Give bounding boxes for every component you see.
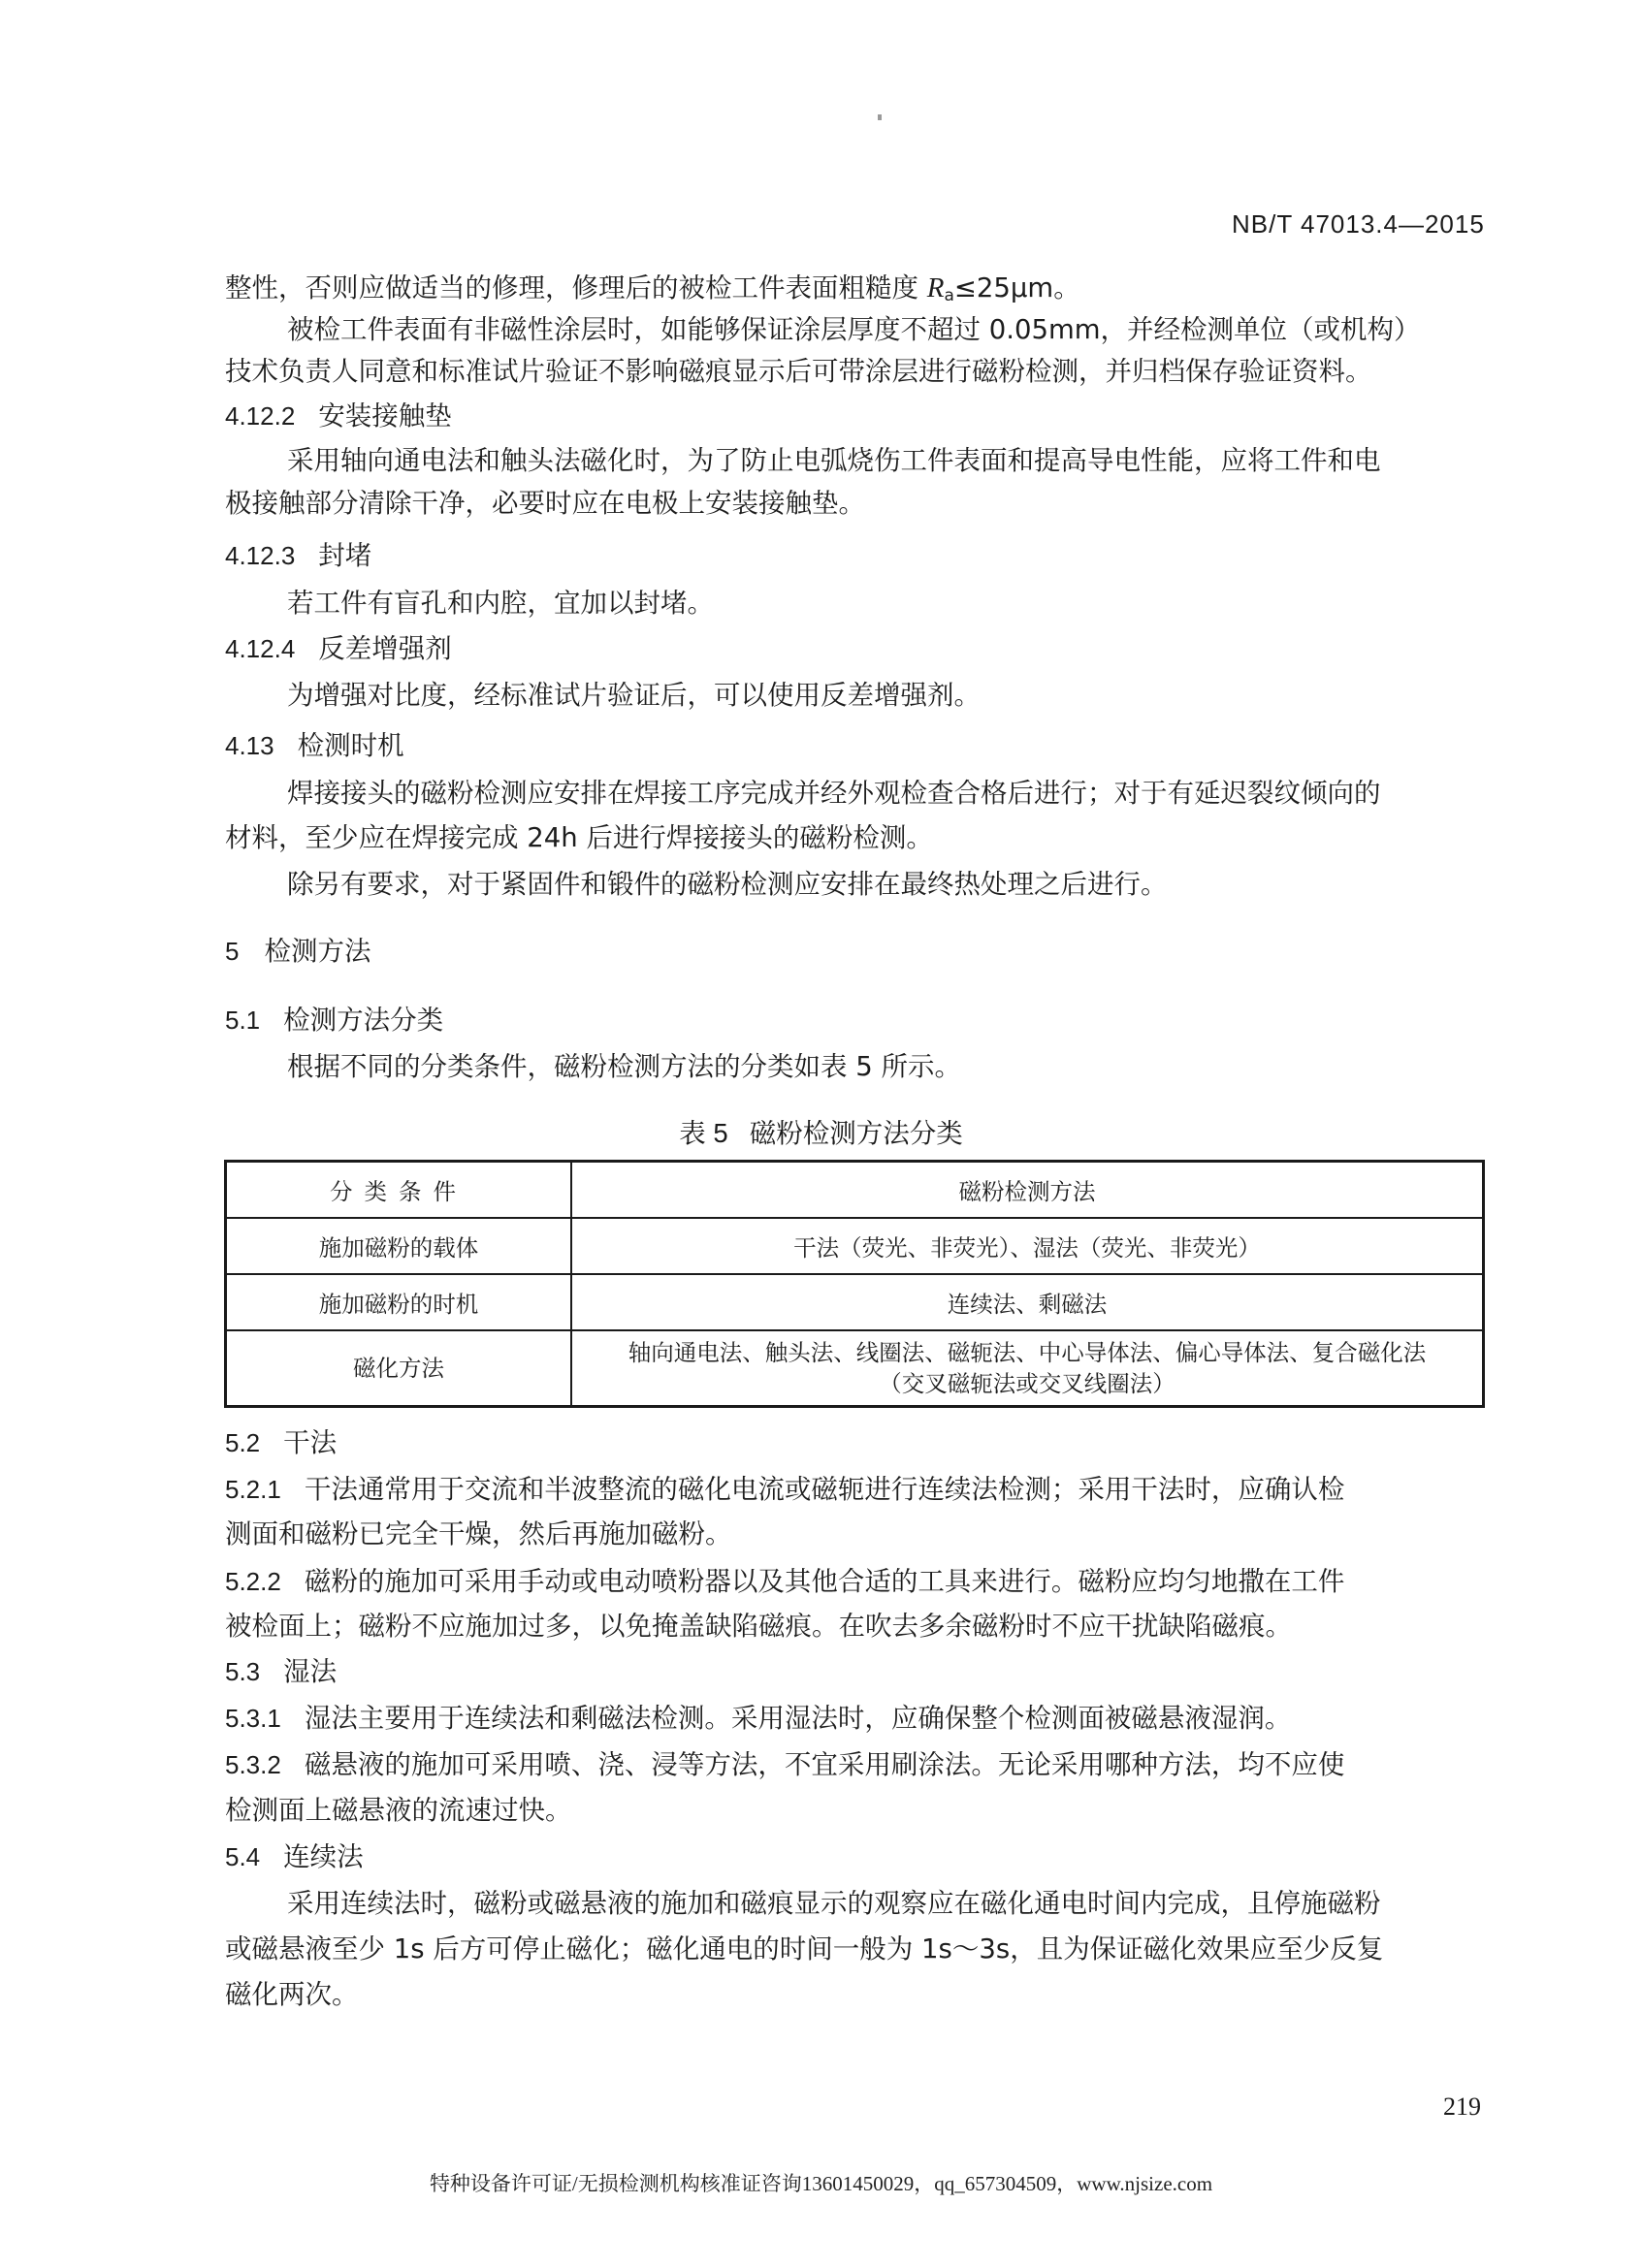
paragraph-line: 检测面上磁悬液的流速过快。: [225, 1794, 572, 1827]
section-heading-4-13: 4.13检测时机: [225, 729, 404, 762]
section-number: 5.4: [225, 1840, 260, 1873]
section-heading-5-3: 5.3湿法: [225, 1655, 337, 1688]
section-title: 干法: [283, 1427, 337, 1458]
section-title: 连续法: [283, 1841, 364, 1872]
cell-condition: 施加磁粉的时机: [226, 1274, 572, 1330]
cell-method: 轴向通电法、触头法、线圈法、磁轭法、中心导体法、偏心导体法、复合磁化法 （交叉磁…: [571, 1330, 1484, 1407]
scan-mark: [878, 114, 882, 120]
section-number: 5.2: [225, 1426, 260, 1459]
clause-number: 5.3.1: [225, 1702, 281, 1735]
section-number: 4.12.4: [225, 632, 295, 665]
clause-text: 干法通常用于交流和半波整流的磁化电流或磁轭进行连续法检测；采用干法时，应确认检: [305, 1474, 1345, 1505]
paragraph-line: 材料，至少应在焊接完成 24h 后进行焊接接头的磁粉检测。: [225, 821, 933, 854]
paragraph-line: 磁化两次。: [225, 1978, 359, 2011]
footer-note: 特种设备许可证/无损检测机构核准证咨询13601450029，qq_657304…: [0, 2168, 1642, 2197]
table-row: 施加磁粉的载体 干法（荧光、非荧光）、湿法（荧光、非荧光）: [226, 1218, 1484, 1274]
standard-code: NB/T 47013.4—2015: [1232, 209, 1485, 240]
table-number: 表 5: [679, 1118, 727, 1148]
clause-text: 磁粉的施加可采用手动或电动喷粉器以及其他合适的工具来进行。磁粉应均匀地撒在工件: [305, 1566, 1345, 1597]
section-heading-5-4: 5.4连续法: [225, 1840, 364, 1873]
paragraph-line: 技术负责人同意和标准试片验证不影响磁痕显示后可带涂层进行磁粉检测，并归档保存验证…: [225, 355, 1372, 388]
section-title: 检测时机: [298, 730, 404, 761]
page-number: 219: [1443, 2092, 1481, 2122]
section-title: 检测方法: [264, 936, 370, 967]
section-heading-4-12-3: 4.12.3封堵: [225, 539, 371, 572]
paragraph-line: 整性，否则应做适当的修理，修理后的被检工件表面粗糙度 Ra≤25μm。: [225, 272, 1080, 312]
paragraph-line: 根据不同的分类条件，磁粉检测方法的分类如表 5 所示。: [287, 1050, 961, 1083]
table-row: 施加磁粉的时机 连续法、剩磁法: [226, 1274, 1484, 1330]
header-text: 分类条件: [330, 1178, 467, 1205]
clause-5-3-2: 5.3.2磁悬液的施加可采用喷、浇、浸等方法，不宜采用刷涂法。无论采用哪种方法，…: [225, 1748, 1344, 1781]
section-heading-4-12-4: 4.12.4反差增强剂: [225, 632, 452, 665]
section-title: 安装接触垫: [318, 400, 452, 431]
header-method: 磁粉检测方法: [571, 1162, 1484, 1219]
section-heading-4-12-2: 4.12.2安装接触垫: [225, 399, 452, 432]
cell-method: 干法（荧光、非荧光）、湿法（荧光、非荧光）: [571, 1218, 1484, 1274]
header-condition: 分类条件: [226, 1162, 572, 1219]
clause-5-3-1: 5.3.1湿法主要用于连续法和剩磁法检测。采用湿法时，应确保整个检测面被磁悬液湿…: [225, 1702, 1291, 1735]
paragraph-line: 采用轴向通电法和触头法磁化时，为了防止电弧烧伤工件表面和提高导电性能，应将工件和…: [287, 444, 1381, 477]
clause-number: 5.3.2: [225, 1748, 281, 1781]
paragraph-line: 采用连续法时，磁粉或磁悬液的施加和磁痕显示的观察应在磁化通电时间内完成，且停施磁…: [287, 1887, 1381, 1920]
paragraph-line: 测面和磁粉已完全干燥，然后再施加磁粉。: [225, 1517, 732, 1550]
section-heading-5-1: 5.1检测方法分类: [225, 1004, 443, 1037]
cell-condition: 磁化方法: [226, 1330, 572, 1407]
clause-number: 5.2.2: [225, 1565, 281, 1598]
cell-condition: 施加磁粉的载体: [226, 1218, 572, 1274]
table-caption: 表 5磁粉检测方法分类: [0, 1111, 1642, 1150]
section-heading-5: 5检测方法: [225, 935, 370, 968]
section-title: 封堵: [318, 540, 371, 571]
clause-text: 磁悬液的施加可采用喷、浇、浸等方法，不宜采用刷涂法。无论采用哪种方法，均不应使: [305, 1749, 1345, 1780]
roughness-subscript: a: [944, 286, 953, 305]
section-number: 4.12.2: [225, 399, 295, 432]
roughness-symbol: R: [927, 272, 945, 303]
clause-text: 湿法主要用于连续法和剩磁法检测。采用湿法时，应确保整个检测面被磁悬液湿润。: [305, 1703, 1292, 1734]
cell-method-line: 轴向通电法、触头法、线圈法、磁轭法、中心导体法、偏心导体法、复合磁化法: [572, 1337, 1482, 1368]
table-header-row: 分类条件 磁粉检测方法: [226, 1162, 1484, 1219]
paragraph-line: 被检工件表面有非磁性涂层时，如能够保证涂层厚度不超过 0.05mm，并经检测单位…: [287, 313, 1421, 346]
section-number: 4.13: [225, 729, 274, 762]
section-number: 5.1: [225, 1004, 260, 1037]
paragraph-line: 除另有要求，对于紧固件和锻件的磁粉检测应安排在最终热处理之后进行。: [287, 868, 1168, 901]
paragraph-line: 为增强对比度，经标准试片验证后，可以使用反差增强剂。: [287, 679, 981, 712]
paragraph-line: 焊接接头的磁粉检测应安排在焊接工序完成并经外观检查合格后进行；对于有延迟裂纹倾向…: [287, 777, 1381, 810]
table-title: 磁粉检测方法分类: [750, 1118, 963, 1149]
table-row: 磁化方法 轴向通电法、触头法、线圈法、磁轭法、中心导体法、偏心导体法、复合磁化法…: [226, 1330, 1484, 1407]
clause-5-2-2: 5.2.2磁粉的施加可采用手动或电动喷粉器以及其他合适的工具来进行。磁粉应均匀地…: [225, 1565, 1344, 1598]
section-number: 5.3: [225, 1655, 260, 1688]
classification-table: 分类条件 磁粉检测方法 施加磁粉的载体 干法（荧光、非荧光）、湿法（荧光、非荧光…: [224, 1160, 1485, 1408]
section-number: 4.12.3: [225, 539, 295, 572]
text: ≤25μm。: [954, 272, 1080, 303]
clause-number: 5.2.1: [225, 1473, 281, 1506]
paragraph-line: 或磁悬液至少 1s 后方可停止磁化；磁化通电的时间一般为 1s～3s，且为保证磁…: [225, 1933, 1383, 1965]
text: 整性，否则应做适当的修理，修理后的被检工件表面粗糙度: [225, 272, 927, 303]
paragraph-line: 若工件有盲孔和内腔，宜加以封堵。: [287, 587, 714, 620]
section-number: 5: [225, 935, 239, 968]
cell-method: 连续法、剩磁法: [571, 1274, 1484, 1330]
paragraph-line: 被检面上；磁粉不应施加过多，以免掩盖缺陷磁痕。在吹去多余磁粉时不应干扰缺陷磁痕。: [225, 1610, 1292, 1643]
cell-method-line: （交叉磁轭法或交叉线圈法）: [572, 1368, 1482, 1399]
section-heading-5-2: 5.2干法: [225, 1426, 337, 1459]
section-title: 反差增强剂: [318, 633, 452, 664]
section-title: 湿法: [283, 1656, 337, 1687]
paragraph-line: 极接触部分清除干净，必要时应在电极上安装接触垫。: [225, 487, 865, 520]
clause-5-2-1: 5.2.1干法通常用于交流和半波整流的磁化电流或磁轭进行连续法检测；采用干法时，…: [225, 1473, 1344, 1506]
section-title: 检测方法分类: [283, 1005, 443, 1036]
